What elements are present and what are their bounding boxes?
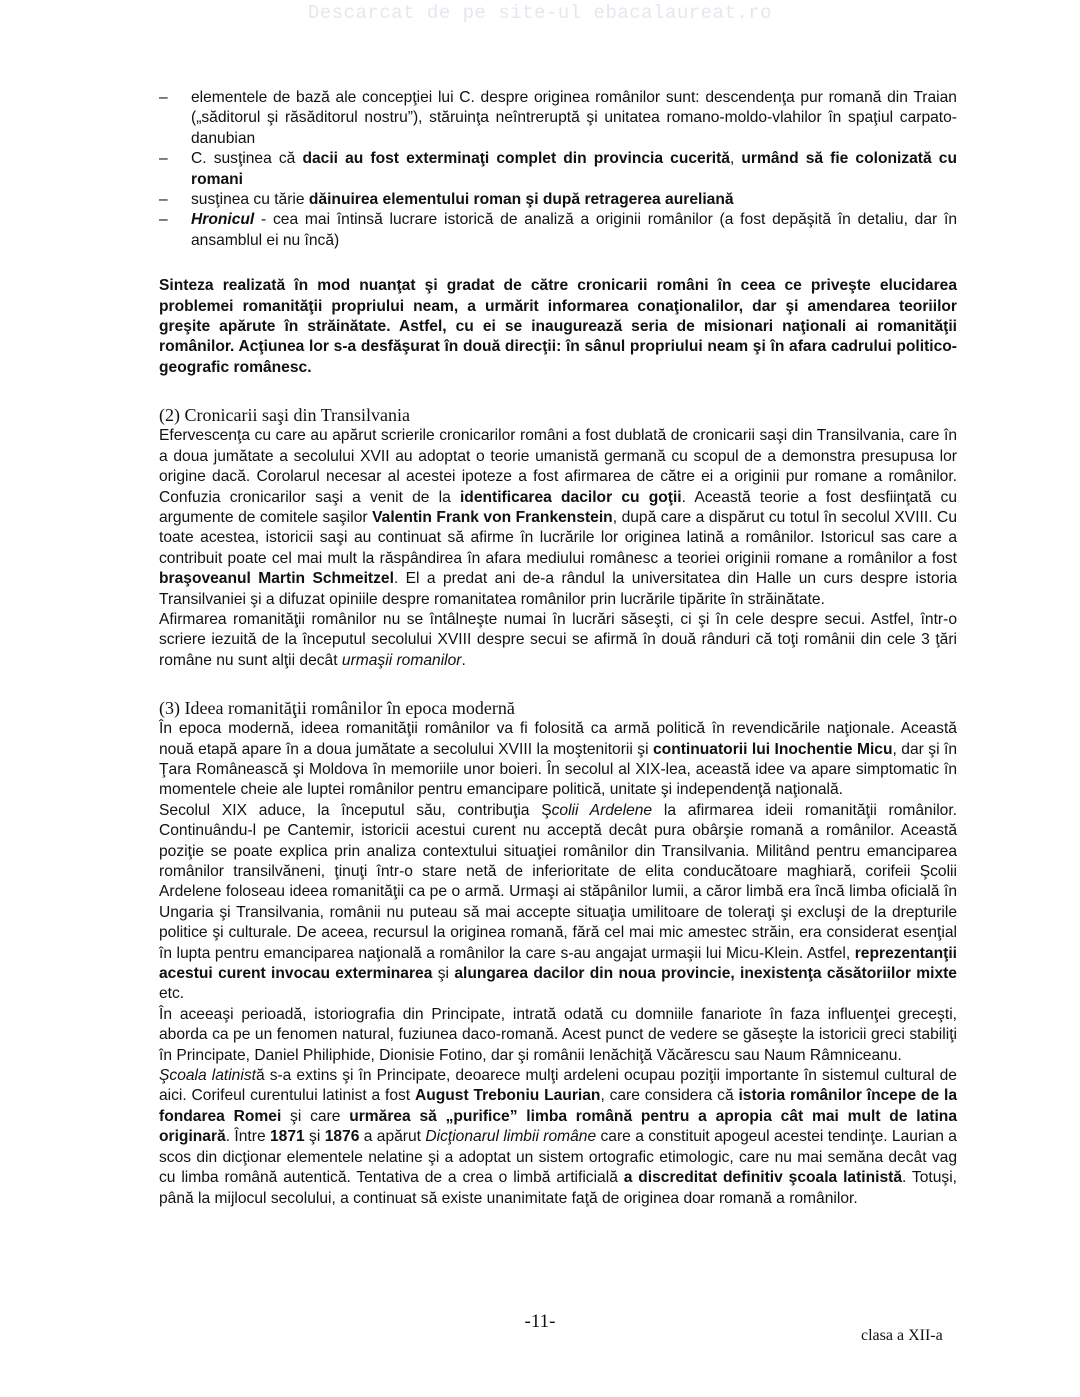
text-run: şi	[305, 1128, 325, 1145]
emphasis-run: dăinuirea elementului roman şi după retr…	[309, 191, 734, 208]
dash-bullet-icon: –	[159, 88, 168, 108]
text-run: În aceeaşi perioadă, istoriografia din P…	[159, 1006, 957, 1064]
text-run: elementele de bază ale concepţiei lui C.…	[191, 89, 957, 147]
section-heading: (3) Ideea romanităţii românilor în epoca…	[159, 697, 957, 719]
emphasis-run: continuatorii lui Inochentie Micu	[653, 741, 892, 758]
text-run: a apărut	[359, 1128, 425, 1145]
bullet-item: –elementele de bază ale concepţiei lui C…	[159, 88, 957, 149]
emphasis-run: a discreditat definitiv şcoala latinistă	[624, 1169, 902, 1186]
synthesis-paragraph: Sinteza realizată în mod nuanţat şi grad…	[159, 276, 957, 378]
emphasis-run: 1871	[270, 1128, 305, 1145]
section-paragraph: Şcoala latinistă s-a extins şi în Princi…	[159, 1066, 957, 1209]
text-run: susţinea cu tărie	[191, 191, 309, 208]
text-run: Secolul XIX aduce, la începutul său, con…	[159, 802, 552, 819]
sections: (2) Cronicarii saşi din TransilvaniaEfer…	[159, 404, 957, 1209]
text-run: şi	[432, 965, 454, 982]
section-paragraph: Efervescenţa cu care au apărut scrierile…	[159, 426, 957, 610]
emphasis-run: Şcoala latinist	[159, 1067, 256, 1084]
emphasis-run: August Treboniu Laurian	[415, 1087, 600, 1104]
section-paragraph: Secolul XIX aduce, la începutul său, con…	[159, 801, 957, 1005]
section-paragraph: În epoca modernă, ideea romanităţii româ…	[159, 719, 957, 801]
class-label: clasa a XII-a	[861, 1327, 943, 1345]
dash-bullet-icon: –	[159, 210, 168, 230]
bullet-item: –Hronicul - cea mai întinsă lucrare isto…	[159, 210, 957, 251]
section-paragraph: Afirmarea romanităţii românilor nu se în…	[159, 610, 957, 671]
emphasis-run: urmaşii romanilor	[342, 652, 462, 669]
text-run: la afirmarea ideii romanităţii românilor…	[159, 802, 957, 962]
text-run: .	[462, 652, 466, 669]
bullet-item: –C. susţinea că dacii au fost exterminaţ…	[159, 149, 957, 190]
text-run: Afirmarea romanităţii românilor nu se în…	[159, 611, 957, 669]
emphasis-run: identificarea dacilor cu goţii	[460, 489, 682, 506]
text-run: - cea mai întinsă lucrare istorică de an…	[191, 211, 957, 248]
emphasis-run: alungarea dacilor din noua provincie, in…	[454, 965, 957, 982]
emphasis-run: dacii au fost exterminaţi complet din pr…	[302, 150, 730, 167]
text-run: C. susţinea că	[191, 150, 302, 167]
bullet-item: –susţinea cu tărie dăinuirea elementului…	[159, 190, 957, 210]
emphasis-run: colii Ardelene	[552, 802, 652, 819]
text-run: , care considera că	[600, 1087, 738, 1104]
document-page: –elementele de bază ale concepţiei lui C…	[159, 88, 957, 1209]
bullet-list: –elementele de bază ale concepţiei lui C…	[159, 88, 957, 251]
section-paragraph: În aceeaşi perioadă, istoriografia din P…	[159, 1005, 957, 1066]
text-run: . Între	[226, 1128, 270, 1145]
dash-bullet-icon: –	[159, 149, 168, 169]
text-run: şi care	[281, 1108, 349, 1125]
dash-bullet-icon: –	[159, 190, 168, 210]
text-run: ,	[730, 150, 741, 167]
emphasis-run: Hronicul	[191, 211, 254, 228]
emphasis-run: Dicţionarul limbii române	[425, 1128, 596, 1145]
watermark: Descarcat de pe site-ul ebacalaureat.ro	[0, 2, 1080, 24]
emphasis-run: Valentin Frank von Frankenstein	[372, 509, 613, 526]
text-run: etc.	[159, 985, 184, 1002]
emphasis-run: braşoveanul Martin Schmeitzel	[159, 570, 394, 587]
emphasis-run: 1876	[325, 1128, 360, 1145]
section-heading: (2) Cronicarii saşi din Transilvania	[159, 404, 957, 426]
